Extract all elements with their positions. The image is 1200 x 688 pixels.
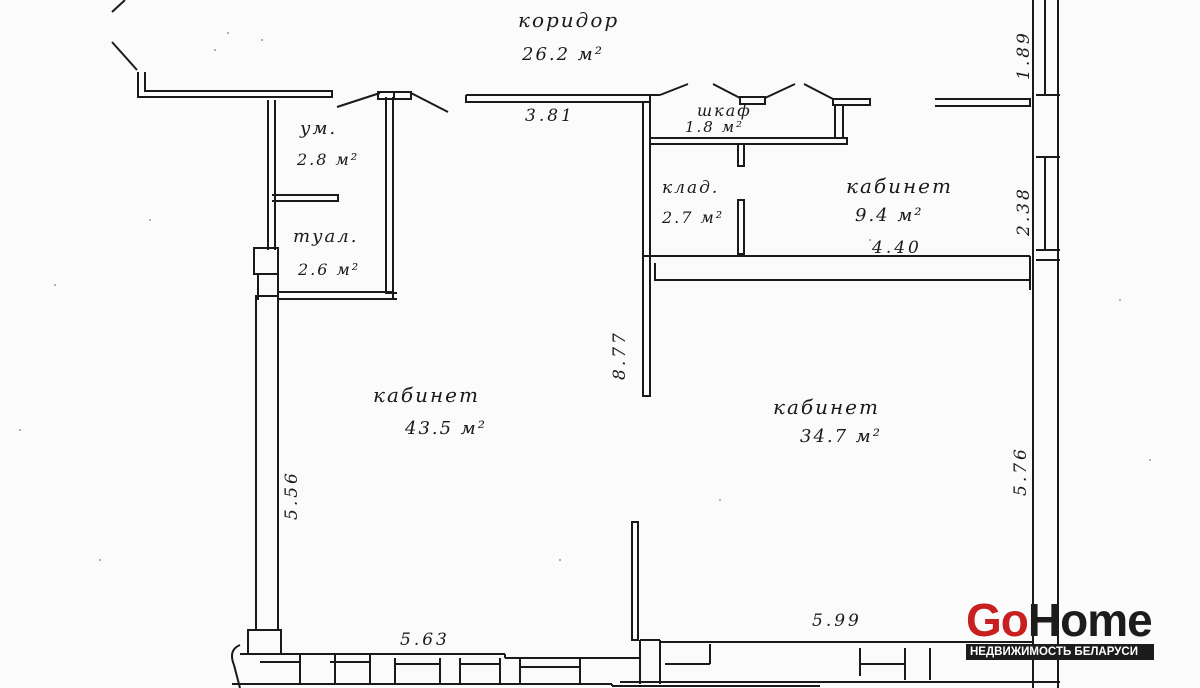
logo-go: Go (966, 594, 1028, 646)
floor-plan-drawing (0, 0, 1200, 688)
room-name-storage: клад. (662, 180, 719, 197)
logo-wordmark: GoHome (966, 598, 1156, 642)
dimension-bottom-left: 5.63 (400, 632, 450, 649)
scan-noise (19, 32, 1151, 561)
room-name-office-left: кабинет (373, 385, 480, 405)
room-area-office-small: 9.4 м² (855, 207, 924, 225)
room-name-utility: ум. (300, 120, 337, 138)
room-area-wardrobe: 1.8 м² (685, 120, 744, 135)
room-area-toilet: 2.6 м² (298, 262, 360, 278)
room-area-corridor: 26.2 м² (522, 46, 604, 64)
gohome-logo: GoHome НЕДВИЖИМОСТЬ БЕЛАРУСИ (966, 598, 1156, 660)
dimension-partition: 8.77 (612, 330, 629, 380)
dimension-right-wall: 5.76 (1013, 446, 1030, 496)
room-name-office-right: кабинет (773, 397, 880, 417)
closet-block-walls (643, 102, 847, 396)
room-area-office-right: 34.7 м² (800, 428, 882, 446)
logo-tagline: НЕДВИЖИМОСТЬ БЕЛАРУСИ (966, 644, 1154, 660)
dimension-bottom-right: 5.99 (812, 613, 862, 630)
dimension-corridor-wall: 3.81 (525, 108, 575, 125)
lower-partition (632, 522, 638, 640)
left-wall (248, 296, 281, 654)
bottom-wall (232, 640, 1060, 688)
room-name-office-small: кабинет (846, 176, 953, 196)
right-wall (1033, 0, 1060, 688)
room-area-utility: 2.8 м² (297, 152, 359, 168)
dimension-right-mid: 2.38 (1016, 186, 1033, 236)
dimension-office-small-width: 4.40 (872, 240, 922, 257)
logo-home: Home (1028, 594, 1152, 646)
room-area-office-left: 43.5 м² (405, 420, 487, 438)
middle-partition (643, 256, 1030, 290)
dimension-right-top: 1.89 (1016, 30, 1033, 80)
room-name-toilet: туал. (293, 228, 358, 246)
room-area-storage: 2.7 м² (662, 210, 724, 226)
room-name-corridor: коридор (518, 10, 619, 30)
room-name-wardrobe: шкаф (697, 103, 752, 119)
dimension-left-wall: 5.56 (284, 470, 301, 520)
